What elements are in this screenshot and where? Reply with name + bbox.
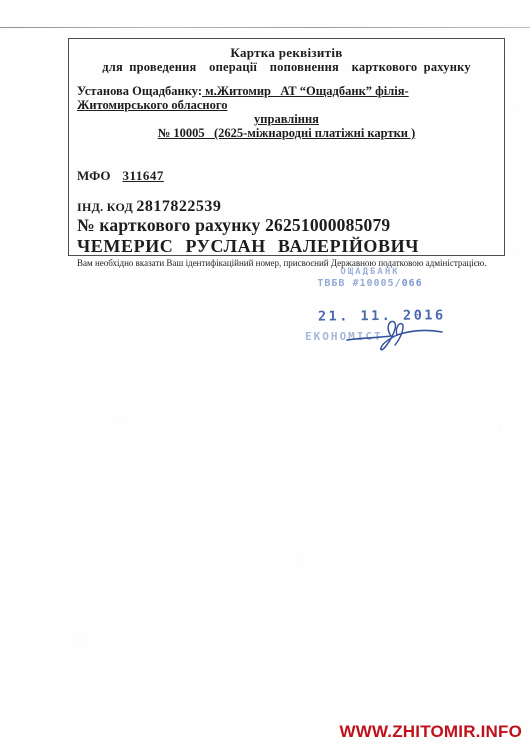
mfo-line: МФО311647: [77, 168, 496, 183]
ind-code-line: ІНД. КОД 2817822539: [77, 199, 496, 215]
bank-stamp-name: ОЩАДБАНК: [305, 266, 435, 278]
bank-institution-label: Установа Ощадбанку:: [77, 84, 202, 98]
mfo-value: 311647: [123, 168, 164, 183]
document-subtitle: для проведення операції поповнення картк…: [77, 60, 496, 75]
bank-stamp-branch-suffix: 066: [402, 278, 423, 289]
card-account-label: № карткового рахунку: [77, 215, 265, 235]
bank-institution-line: Установа Ощадбанку: м.Житомир АТ “Ощадба…: [77, 84, 496, 112]
card-account-value: 26251000085079: [265, 215, 390, 235]
bank-stamp: ОЩАДБАНК ТВБВ #10005/066: [305, 266, 435, 290]
bank-stamp-branch-prefix: ТВБВ #10005/: [317, 278, 401, 289]
branch-number-value: № 10005 (2625-міжнародні платіжні картки…: [158, 126, 416, 140]
ind-code-value: 2817822539: [136, 198, 221, 215]
account-holder-name: ЧЕМЕРИС РУСЛАН ВАЛЕРІЙОВИЧ: [77, 236, 496, 257]
mfo-label: МФО: [77, 168, 111, 183]
bank-stamp-branch: ТВБВ #10005/066: [305, 278, 435, 290]
card-account-line: № карткового рахунку 26251000085079: [77, 215, 496, 236]
ind-code-label: ІНД. КОД: [77, 200, 136, 214]
handwritten-signature: [345, 315, 445, 357]
bank-institution-value2: управління: [254, 112, 319, 126]
document-title: Картка реквізитів: [77, 45, 496, 60]
bank-institution-line2: управління: [77, 112, 496, 126]
scan-edge-line: [0, 27, 530, 28]
scanned-document-page: Картка реквізитів для проведення операці…: [0, 0, 530, 750]
requisites-box: Картка реквізитів для проведення операці…: [68, 38, 505, 256]
site-watermark: WWW.ZHITOMIR.INFO: [340, 722, 523, 742]
branch-number-line: № 10005 (2625-міжнародні платіжні картки…: [77, 126, 496, 140]
